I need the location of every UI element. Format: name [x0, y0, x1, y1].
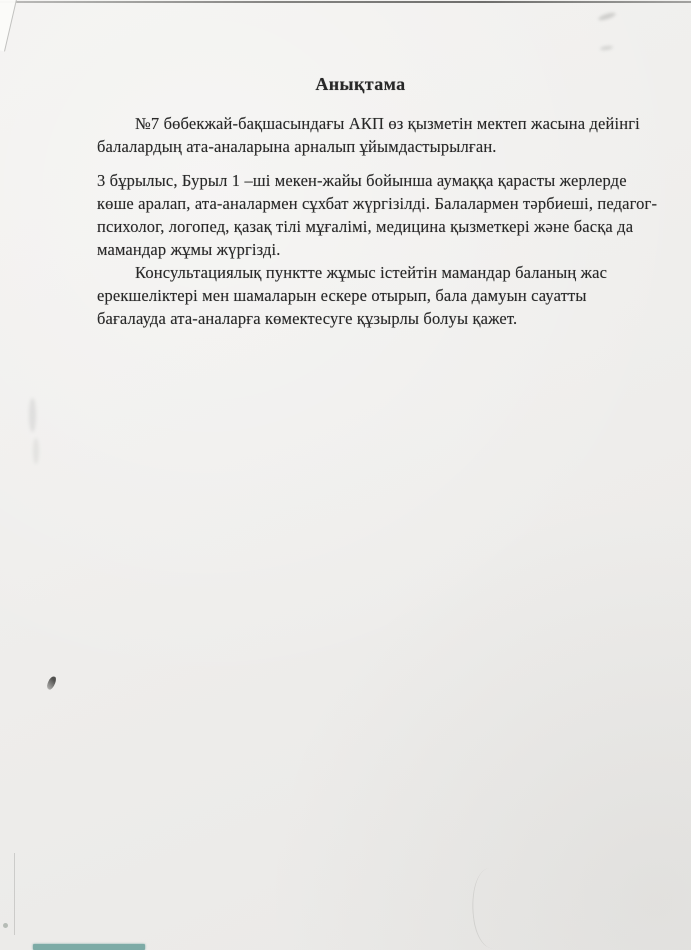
paragraph-2: 3 бұрылыс, Бурыл 1 –ші мекен-жайы бойынш… [97, 169, 637, 261]
text-line: мамандар жұмы жүргізді. [97, 238, 637, 261]
document-title: Анықтама [97, 74, 624, 95]
scan-smudge [600, 45, 613, 51]
ink-pen-mark [46, 675, 57, 691]
text-line: балалардың ата-аналарына арналып ұйымдас… [97, 135, 637, 158]
scan-smudge [29, 398, 36, 432]
text-line: психолог, логопед, қазақ тілі мұғалімі, … [97, 215, 637, 238]
text-line: көше аралап, ата-аналармен сұхбат жүргіз… [97, 192, 637, 215]
scan-faint-curve-artifact [467, 866, 516, 950]
scan-speck [3, 923, 8, 928]
scan-smudge [598, 11, 617, 21]
paragraph-1: №7 бөбекжай-бақшасындағы АКП өз қызметін… [97, 112, 637, 158]
text-line: ерекшеліктері мен шамаларын ескере отыры… [97, 284, 637, 307]
text-line: №7 бөбекжай-бақшасындағы АКП өз қызметін… [97, 112, 637, 135]
scan-smudge [33, 438, 39, 464]
scan-corner-fold-line [0, 0, 18, 52]
scanner-edge-strip [33, 944, 145, 950]
text-line: бағалауда ата-аналарға көмектесуге құзыр… [97, 307, 637, 330]
scan-top-edge-line [0, 1, 691, 3]
paragraph-3: Консультациялық пунктте жұмыс істейтін м… [97, 261, 637, 330]
text-line: 3 бұрылыс, Бурыл 1 –ші мекен-жайы бойынш… [97, 169, 637, 192]
scan-faint-vertical-line [14, 853, 15, 935]
text-line: Консультациялық пунктте жұмыс істейтін м… [97, 261, 637, 284]
scanned-document-page: Анықтама №7 бөбекжай-бақшасындағы АКП өз… [0, 0, 691, 950]
